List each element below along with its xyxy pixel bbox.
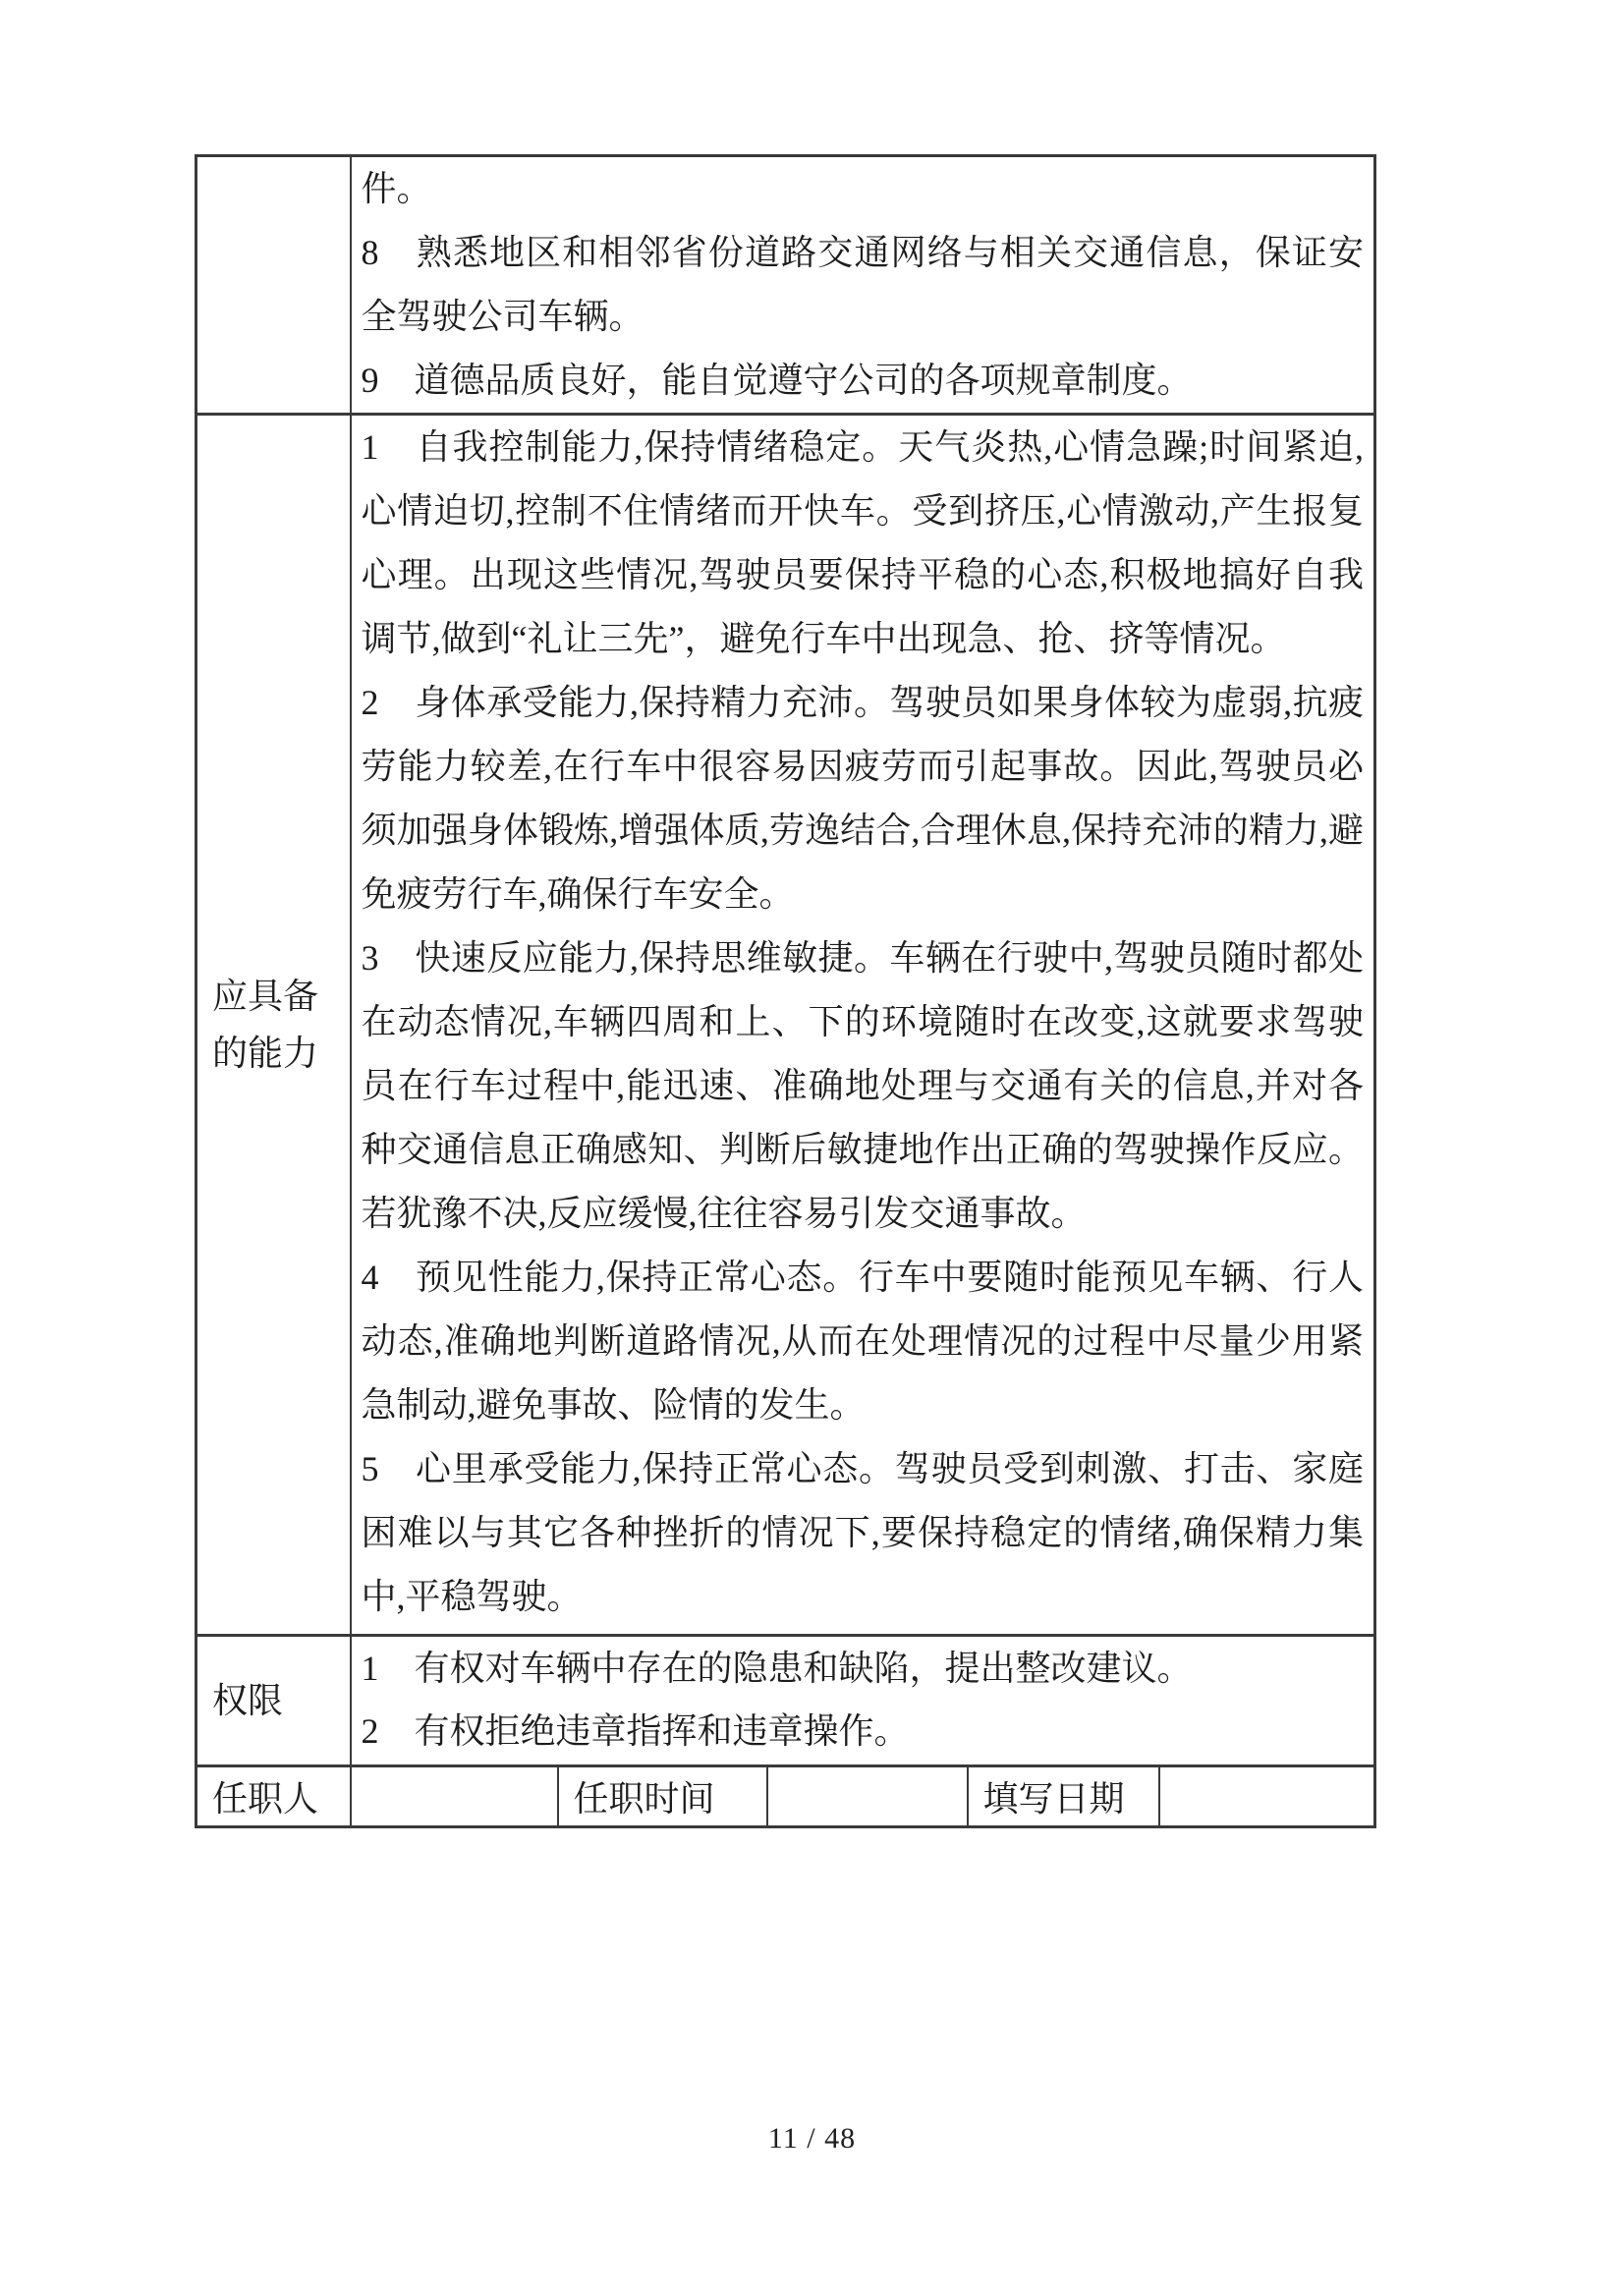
requirement-item-9: 9 道德品质良好，能自觉遵守公司的各项规章制度。 [362,349,1365,413]
fill-date-label: 填写日期 [968,1766,1159,1827]
row-required-abilities: 应具备的能力 1 自我控制能力,保持情绪稳定。天气炎热,心情急躁;时间紧迫,心情… [196,415,1375,1636]
ability-item-3: 3 快速反应能力,保持思维敏捷。车辆在行驶中,驾驶员随时都处在动态情况,车辆四周… [362,926,1365,1246]
ability-item-4: 4 预见性能力,保持正常心态。行车中要随时能预见车辆、行人动态,准确地判断道路情… [362,1246,1365,1437]
row-previous-section-continuation: 件。 8 熟悉地区和相邻省份道路交通网络与相关交通信息，保证安全驾驶公司车辆。 … [196,156,1375,415]
continuation-sentence-end: 件。 [362,157,1365,221]
tenure-time-label: 任职时间 [558,1766,767,1827]
row-incumbent-info: 任职人 任职时间 填写日期 [196,1766,1375,1827]
requirement-item-8: 8 熟悉地区和相邻省份道路交通网络与相关交通信息，保证安全驾驶公司车辆。 [362,221,1365,349]
ability-item-5: 5 心里承受能力,保持正常心态。驾驶员受到刺激、打击、家庭困难以与其它各种挫折的… [362,1437,1365,1629]
authority-item-1: 1 有权对车辆中存在的隐患和缺陷，提出整改建议。 [362,1637,1365,1700]
row-authority: 权限 1 有权对车辆中存在的隐患和缺陷，提出整改建议。 2 有权拒绝违章指挥和违… [196,1636,1375,1766]
authority-item-2: 2 有权拒绝违章指挥和违章操作。 [362,1700,1365,1763]
continuation-label-cell [196,156,351,415]
continuation-content-cell: 件。 8 熟悉地区和相邻省份道路交通网络与相关交通信息，保证安全驾驶公司车辆。 … [351,156,1375,415]
authority-content-cell: 1 有权对车辆中存在的隐患和缺陷，提出整改建议。 2 有权拒绝违章指挥和违章操作… [351,1636,1375,1766]
required-abilities-content-cell: 1 自我控制能力,保持情绪稳定。天气炎热,心情急躁;时间紧迫,心情迫切,控制不住… [351,415,1375,1636]
ability-item-1: 1 自我控制能力,保持情绪稳定。天气炎热,心情急躁;时间紧迫,心情迫切,控制不住… [362,416,1365,671]
incumbent-label: 任职人 [196,1766,351,1827]
required-abilities-label: 应具备的能力 [196,415,351,1636]
authority-label: 权限 [196,1636,351,1766]
incumbent-value-cell [351,1766,558,1827]
job-description-table: 件。 8 熟悉地区和相邻省份道路交通网络与相关交通信息，保证安全驾驶公司车辆。 … [195,154,1376,1828]
ability-item-2: 2 身体承受能力,保持精力充沛。驾驶员如果身体较为虚弱,抗疲劳能力较差,在行车中… [362,671,1365,926]
tenure-time-value-cell [767,1766,968,1827]
fill-date-value-cell [1159,1766,1375,1827]
page-number: 11 / 48 [0,2122,1624,2156]
